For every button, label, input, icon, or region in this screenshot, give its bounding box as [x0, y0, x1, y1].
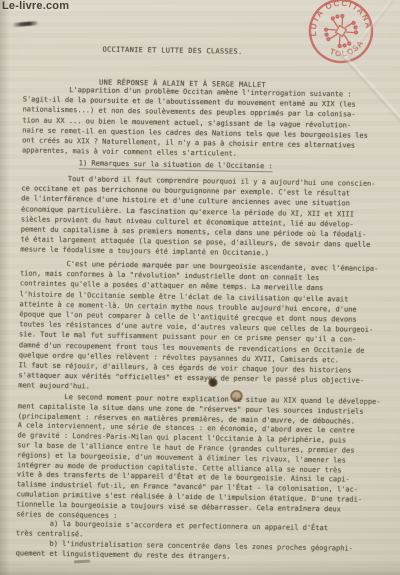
- ink-stain-dark: [208, 378, 218, 387]
- typewritten-text: OCCITANIE ET LUTTE DES CLASSES. UNE RÉPO…: [16, 18, 384, 564]
- ink-stain-light: [230, 390, 243, 402]
- paragraph-intro: L'apparition d'un problème Occitan amène…: [22, 84, 383, 161]
- paragraph-civilisation: C'est une période marquée par une bourge…: [18, 258, 380, 396]
- bottom-pencil-mark: [74, 560, 90, 563]
- paragraph-history: Tout d'abord il faut comprendre pourquoi…: [20, 173, 381, 260]
- title-line-1: OCCITANIE ET LUTTE DES CLASSES.: [102, 45, 266, 59]
- bookseller-watermark: Le-livre.com: [2, 0, 69, 12]
- paragraph-capitalisme: Le second moment pour notre explication …: [16, 392, 379, 564]
- section-heading: 1) Remarques sur la situation de l'Occit…: [79, 159, 273, 172]
- scanned-document-photo: Le-livre.com LUTA OCCITANA TOLOSA: [0, 0, 400, 575]
